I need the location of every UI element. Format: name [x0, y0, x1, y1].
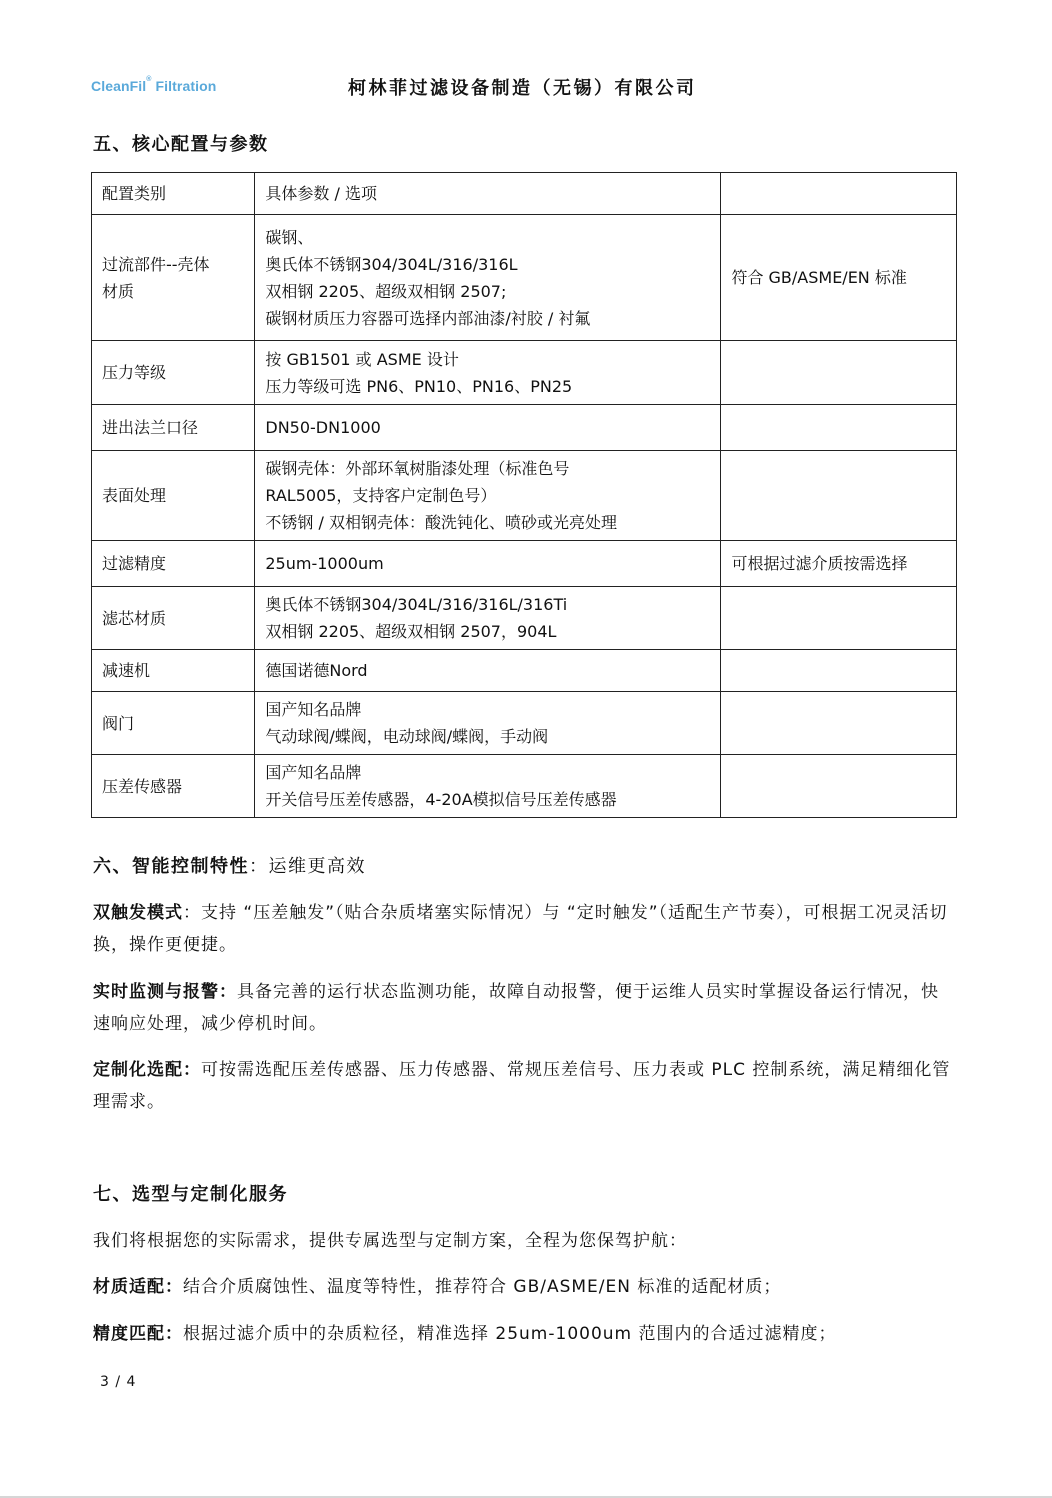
category-line: 压差传感器: [102, 773, 244, 800]
param-line: RAL5005，支持客户定制色号）: [265, 482, 710, 509]
param-line: 奥氏体不锈钢304/304L/316/316L: [265, 251, 710, 278]
cell-note: [721, 650, 957, 692]
param-line: 气动球阀/蝶阀，电动球阀/蝶阀，手动阀: [265, 723, 710, 750]
cell-note: [721, 755, 957, 818]
category-line: 过滤精度: [102, 550, 244, 577]
param-line: 开关信号压差传感器，4-20A模拟信号压差传感器: [265, 786, 710, 813]
header-cell-params: 具体参数 / 选项: [255, 173, 721, 215]
service-material: 材质适配：结合介质腐蚀性、温度等特性，推荐符合 GB/ASME/EN 标准的适配…: [93, 1271, 953, 1303]
table-row: 滤芯材质奥氏体不锈钢304/304L/316/316L/316Ti双相钢 220…: [92, 587, 957, 650]
table-row: 压差传感器国产知名品牌开关信号压差传感器，4-20A模拟信号压差传感器: [92, 755, 957, 818]
cell-params: 碳钢壳体：外部环氧树脂漆处理（标准色号RAL5005，支持客户定制色号）不锈钢 …: [255, 451, 721, 541]
table-row: 减速机德国诺德Nord: [92, 650, 957, 692]
cell-category: 进出法兰口径: [92, 405, 255, 451]
param-line: 压力等级可选 PN6、PN10、PN16、PN25: [265, 373, 710, 400]
section-6-title: 六、智能控制特性：运维更高效: [93, 852, 366, 878]
category-line: 压力等级: [102, 359, 244, 386]
category-line: 材质: [102, 278, 244, 305]
cell-category: 减速机: [92, 650, 255, 692]
cell-params: 国产知名品牌开关信号压差传感器，4-20A模拟信号压差传感器: [255, 755, 721, 818]
param-line: 德国诺德Nord: [265, 657, 710, 684]
service-label: 材质适配：: [93, 1277, 183, 1297]
cell-note: [721, 587, 957, 650]
param-line: 碳钢材质压力容器可选择内部油漆/衬胶 / 衬氟: [265, 305, 710, 332]
category-line: 阀门: [102, 710, 244, 737]
feature-label: 双触发模式: [93, 903, 183, 923]
category-line: 过流部件--壳体: [102, 251, 244, 278]
table-header-row: 配置类别 具体参数 / 选项: [92, 173, 957, 215]
cell-params: 国产知名品牌气动球阀/蝶阀，电动球阀/蝶阀，手动阀: [255, 692, 721, 755]
cell-note: [721, 341, 957, 405]
cell-category: 过流部件--壳体材质: [92, 215, 255, 341]
category-line: 进出法兰口径: [102, 414, 244, 441]
cell-category: 滤芯材质: [92, 587, 255, 650]
logo-text: CleanFil: [91, 78, 146, 94]
company-name: 柯林菲过滤设备制造（无锡）有限公司: [348, 74, 697, 100]
cell-params: 德国诺德Nord: [255, 650, 721, 692]
section-5-title: 五、核心配置与参数: [93, 130, 269, 156]
cell-note: 可根据过滤介质按需选择: [721, 541, 957, 587]
core-config-table: 配置类别 具体参数 / 选项 过流部件--壳体材质碳钢、奥氏体不锈钢304/30…: [91, 172, 957, 818]
logo-suffix: Filtration: [152, 78, 217, 94]
category-line: 滤芯材质: [102, 605, 244, 632]
param-line: 国产知名品牌: [265, 696, 710, 723]
table-row: 进出法兰口径DN50-DN1000: [92, 405, 957, 451]
section-7-title: 七、选型与定制化服务: [93, 1180, 288, 1206]
feature-label: 定制化选配：: [93, 1060, 201, 1080]
param-line: 国产知名品牌: [265, 759, 710, 786]
table-row: 表面处理碳钢壳体：外部环氧树脂漆处理（标准色号RAL5005，支持客户定制色号）…: [92, 451, 957, 541]
cell-params: 奥氏体不锈钢304/304L/316/316L/316Ti双相钢 2205、超级…: [255, 587, 721, 650]
header-cell-note: [721, 173, 957, 215]
table-row: 压力等级按 GB1501 或 ASME 设计压力等级可选 PN6、PN10、PN…: [92, 341, 957, 405]
cell-note: [721, 405, 957, 451]
param-line: 碳钢壳体：外部环氧树脂漆处理（标准色号: [265, 455, 710, 482]
cell-note: [721, 692, 957, 755]
cell-params: 25um-1000um: [255, 541, 721, 587]
param-line: 碳钢、: [265, 224, 710, 251]
param-line: 双相钢 2205、超级双相钢 2507;: [265, 278, 710, 305]
registered-mark: ®: [146, 76, 151, 83]
section-6-title-rest: ：运维更高效: [249, 856, 366, 877]
service-label: 精度匹配：: [93, 1324, 183, 1344]
cell-params: DN50-DN1000: [255, 405, 721, 451]
table-row: 过流部件--壳体材质碳钢、奥氏体不锈钢304/304L/316/316L双相钢 …: [92, 215, 957, 341]
page-number: 3 / 4: [100, 1374, 136, 1390]
cell-category: 过滤精度: [92, 541, 255, 587]
cell-category: 表面处理: [92, 451, 255, 541]
param-line: 双相钢 2205、超级双相钢 2507，904L: [265, 618, 710, 645]
cell-category: 压力等级: [92, 341, 255, 405]
param-line: 25um-1000um: [265, 550, 710, 577]
table-row: 过滤精度25um-1000um可根据过滤介质按需选择: [92, 541, 957, 587]
service-precision: 精度匹配：根据过滤介质中的杂质粒径，精准选择 25um-1000um 范围内的合…: [93, 1318, 953, 1350]
service-text: 根据过滤介质中的杂质粒径，精准选择 25um-1000um 范围内的合适过滤精度…: [183, 1324, 837, 1344]
cell-params: 按 GB1501 或 ASME 设计压力等级可选 PN6、PN10、PN16、P…: [255, 341, 721, 405]
category-line: 减速机: [102, 657, 244, 684]
page-header: CleanFil® Filtration 柯林菲过滤设备制造（无锡）有限公司: [91, 74, 961, 102]
param-line: 不锈钢 / 双相钢壳体：酸洗钝化、喷砂或光亮处理: [265, 509, 710, 536]
service-text: 结合介质腐蚀性、温度等特性，推荐符合 GB/ASME/EN 标准的适配材质；: [183, 1277, 781, 1297]
feature-text: ：支持 “压差触发”（贴合杂质堵塞实际情况）与 “定时触发”（适配生产节奏），可…: [93, 903, 948, 955]
section-6-title-bold: 六、智能控制特性: [93, 856, 249, 877]
feature-dual-trigger: 双触发模式：支持 “压差触发”（贴合杂质堵塞实际情况）与 “定时触发”（适配生产…: [93, 897, 953, 961]
feature-text: 可按需选配压差传感器、压力传感器、常规压差信号、压力表或 PLC 控制系统，满足…: [93, 1060, 950, 1112]
feature-monitoring: 实时监测与报警：具备完善的运行状态监测功能，故障自动报警，便于运维人员实时掌握设…: [93, 976, 953, 1040]
param-line: 奥氏体不锈钢304/304L/316/316L/316Ti: [265, 591, 710, 618]
cell-category: 阀门: [92, 692, 255, 755]
cell-category: 压差传感器: [92, 755, 255, 818]
feature-customization: 定制化选配：可按需选配压差传感器、压力传感器、常规压差信号、压力表或 PLC 控…: [93, 1054, 953, 1118]
header-cell-category: 配置类别: [92, 173, 255, 215]
cell-params: 碳钢、奥氏体不锈钢304/304L/316/316L双相钢 2205、超级双相钢…: [255, 215, 721, 341]
param-line: DN50-DN1000: [265, 414, 710, 441]
table-row: 阀门国产知名品牌气动球阀/蝶阀，电动球阀/蝶阀，手动阀: [92, 692, 957, 755]
cleanfil-logo: CleanFil® Filtration: [91, 78, 216, 94]
category-line: 表面处理: [102, 482, 244, 509]
cell-note: 符合 GB/ASME/EN 标准: [721, 215, 957, 341]
section-7-intro: 我们将根据您的实际需求，提供专属选型与定制方案，全程为您保驾护航：: [93, 1225, 953, 1257]
cell-note: [721, 451, 957, 541]
feature-label: 实时监测与报警：: [93, 982, 237, 1002]
param-line: 按 GB1501 或 ASME 设计: [265, 346, 710, 373]
